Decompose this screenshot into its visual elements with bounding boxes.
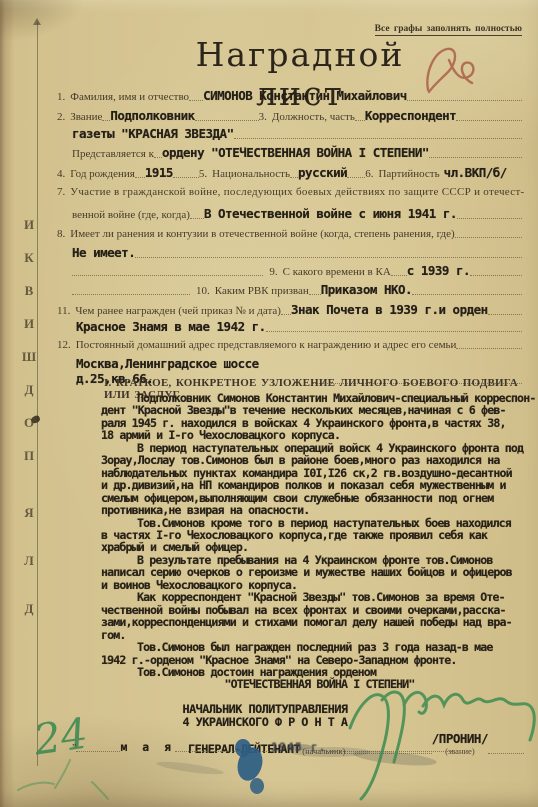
field-row-home-address: 12. Постоянный домашний адрес представля…	[57, 339, 522, 351]
field-number: 3.	[259, 111, 267, 123]
dotted-leader	[190, 218, 204, 219]
margin-vertical-text-podshivki: И К В И Ш Д О П	[20, 208, 38, 472]
date-row: ” м а я 1945 г.	[72, 740, 452, 754]
field-row-war-participation: 7. Участие в гражданской войне, последую…	[57, 186, 522, 198]
dotted-leader	[488, 753, 524, 754]
dotted-leader	[266, 331, 522, 332]
field-label: Партийность	[378, 168, 439, 180]
field-label: венной войне (где, когда)	[72, 209, 190, 221]
field-row-war-participation-2: венной войне (где, когда) В Отечественно…	[72, 206, 522, 221]
dotted-leader	[355, 120, 365, 121]
dotted-leader	[347, 177, 365, 178]
field-row-prior-awards: 11. Чем ранее награжден (чей приказ № и …	[57, 302, 522, 317]
green-scribble-marks	[18, 760, 108, 799]
field-label: С какого времени в КА	[283, 266, 391, 278]
citation-award-name: "ОТЕЧЕСТВЕННАЯ ВОЙНА I СТЕПЕНИ"	[101, 678, 538, 690]
dotted-leader	[488, 314, 522, 315]
field-row-drafted-by: 10. Каким РВК призван Приказом НКО.	[72, 282, 522, 297]
field-number: 11.	[57, 305, 70, 317]
field-label: Представляется к	[72, 148, 154, 160]
citation-body: Подполковник Симонов Константин Михайлов…	[101, 392, 538, 691]
dotted-leader	[135, 257, 522, 258]
dotted-leader	[195, 120, 259, 121]
quote-mark: ”	[72, 743, 76, 754]
field-value: ордену "ОТЕЧЕСТВЕННАЯ ВОЙНА I СТЕПЕНИ"	[162, 145, 429, 160]
field-value: Не имеет.	[72, 245, 135, 260]
field-number: 7.	[57, 186, 65, 198]
field-row-newspaper: газеты "КРАСНАЯ ЗВЕЗДА"	[72, 126, 522, 141]
dotted-leader	[456, 348, 522, 349]
dotted-leader	[455, 237, 522, 238]
dotted-leader	[154, 157, 162, 158]
dotted-leader	[407, 100, 522, 101]
field-label: Постоянный домашний адрес представляемог…	[76, 339, 457, 351]
field-value: 1915	[145, 165, 173, 180]
citation-paragraph: Тов.Симонов был награжден последний раз …	[101, 641, 538, 666]
field-value: газеты "КРАСНАЯ ЗВЕЗДА"	[72, 126, 234, 141]
dotted-leader	[175, 751, 271, 752]
dotted-leader	[391, 275, 407, 276]
field-number: 2.	[57, 111, 65, 123]
field-number: 10.	[196, 285, 210, 297]
field-value: Корреспондент	[365, 108, 456, 123]
dotted-leader	[72, 294, 190, 295]
dotted-leader	[281, 314, 291, 315]
field-value: Подполковник	[110, 108, 194, 123]
field-number: 4.	[57, 168, 65, 180]
dotted-leader	[72, 275, 263, 276]
field-number: 1.	[57, 91, 65, 103]
dotted-leader	[309, 294, 321, 295]
field-value: с 1939 г.	[407, 263, 470, 278]
field-label: Каким РВК призван	[215, 285, 309, 297]
award-sheet-document: И К В И Ш Д О П Я Л Д Все графы заполнят…	[0, 0, 538, 807]
citation-paragraph: В период наступательных операций войск 4…	[101, 442, 538, 517]
field-label: Звание	[70, 111, 102, 123]
citation-paragraph: В результате пребывания на 4 Украинском …	[101, 554, 538, 591]
field-label: Чем ранее награжден (чей приказ № и дата…	[75, 305, 281, 317]
field-row-prior-awards-2: Красное Знамя в мае 1942 г.	[76, 319, 522, 334]
field-number: 6.	[365, 168, 373, 180]
citation-paragraph: Тов.Симонов кроме того в период наступат…	[101, 517, 538, 554]
dotted-leader	[412, 294, 522, 295]
dotted-leader	[456, 120, 522, 121]
field-value: В Отечественной войне с июня 1941 г.	[204, 206, 457, 221]
signer-title-line: 4 УКРАИНСКОГО Ф Р О Н Т А	[160, 716, 370, 729]
field-label: Национальность	[212, 168, 290, 180]
field-row-recommended-award: Представляется к ордену "ОТЕЧЕСТВЕННАЯ В…	[72, 145, 522, 160]
citation-paragraph: Подполковник Симонов Константин Михайлов…	[101, 392, 538, 442]
dotted-leader	[457, 218, 522, 219]
field-value: СИМОНОВ Константин Михайлович	[203, 88, 407, 103]
signature-title-lines: НАЧАЛЬНИК ПОЛИТУПРАВЛЕНИЯ 4 УКРАИНСКОГО …	[160, 703, 370, 729]
dotted-leader	[470, 275, 522, 276]
field-value: русский	[298, 165, 347, 180]
field-row-rank-position: 2. Звание Подполковник 3. Должность, час…	[57, 108, 522, 123]
field-label: Год рождения	[70, 168, 135, 180]
smudged-year: 1945 г.	[271, 740, 326, 754]
field-row-name: 1. Фамилия, имя и отчество СИМОНОВ Конст…	[57, 88, 522, 103]
field-label: Фамилия, имя и отчество	[70, 91, 189, 103]
field-row-in-army-since: 9. С какого времени в КА с 1939 г.	[72, 263, 522, 278]
dotted-leader	[189, 100, 203, 101]
field-number: 9.	[269, 266, 277, 278]
handwritten-day: 24	[31, 709, 91, 765]
fold-line-arrow-icon	[33, 18, 41, 25]
dotted-leader	[135, 177, 145, 178]
dotted-leader	[173, 177, 199, 178]
field-number: 8.	[57, 228, 65, 240]
field-row-wounds: 8. Имеет ли ранения и контузии в отечест…	[57, 228, 522, 240]
dotted-leader	[429, 157, 522, 158]
margin-vertical-text-dlya: Я Л Д	[20, 489, 38, 633]
citation-paragraph: Как корреспондент "Красной Звезды" тов.С…	[101, 591, 538, 641]
field-value: Знак Почета в 1939 г.и орден	[291, 302, 488, 317]
dotted-leader	[327, 751, 452, 752]
field-value: чл.ВКП/б/	[444, 165, 507, 180]
dotted-leader	[234, 138, 522, 139]
field-value: Приказом НКО.	[321, 282, 412, 297]
field-row-birth-nationality-party: 4. Год рождения 1915 5. Национальность р…	[57, 165, 522, 180]
field-number: 5.	[199, 168, 207, 180]
field-label: Имеет ли ранения и контузии в отечествен…	[70, 228, 454, 240]
field-value: Красное Знамя в мае 1942 г.	[76, 319, 266, 334]
field-label: Должность, часть	[272, 111, 355, 123]
field-number: 12.	[57, 339, 71, 351]
dotted-leader	[76, 751, 120, 752]
field-row-wounds-2: Не имеет.	[72, 245, 522, 260]
field-label: Участие в гражданской войне, последующих…	[70, 186, 524, 198]
dotted-leader	[290, 177, 298, 178]
typed-month: м а я	[120, 740, 175, 754]
